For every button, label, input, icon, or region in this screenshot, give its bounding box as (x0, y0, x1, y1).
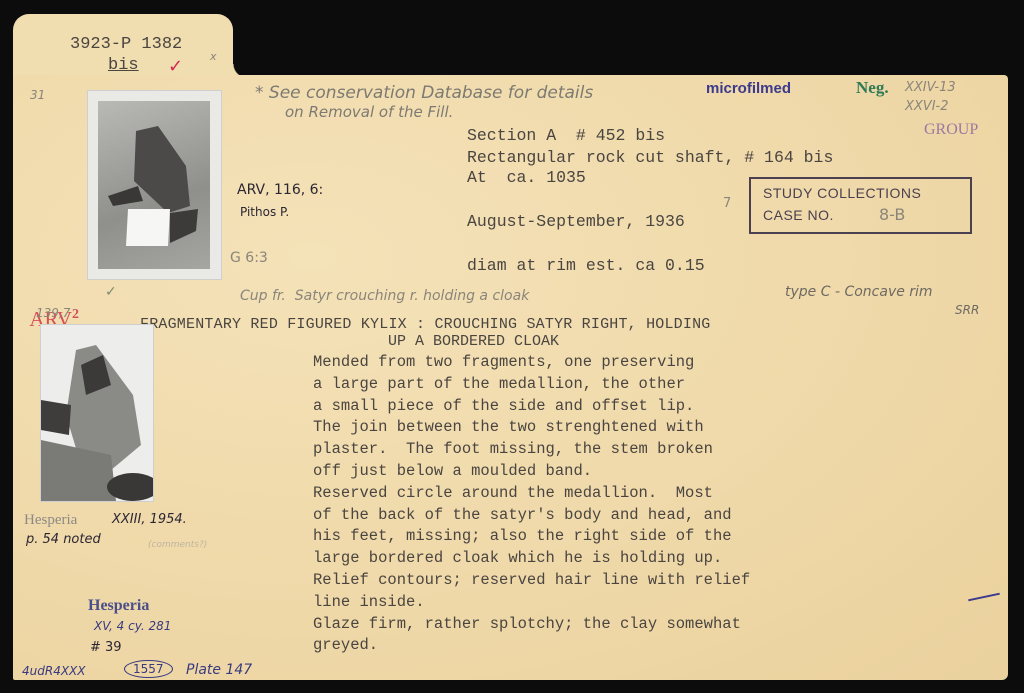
hesperia-volume-1: XXIII, 1954. (112, 512, 187, 527)
pencil-x-mark: x (210, 50, 217, 63)
conservation-note-line2: on Removal of the Fill. (285, 103, 453, 121)
description-line: The join between the two strenghtened wi… (313, 417, 750, 439)
type-note: type C - Concave rim (785, 284, 933, 300)
study-collections-label: STUDY COLLECTIONS (763, 185, 921, 201)
date-correction: 7 (723, 196, 731, 211)
description-line: his feet, missing; also the right side o… (313, 526, 750, 548)
excavation-date: August-September, 1936 (467, 212, 685, 231)
hesperia-stamp-2: Hesperia (88, 597, 149, 615)
rim-diameter: diam at rim est. ca 0.15 (467, 256, 705, 275)
conservation-note-line1: * See conservation Database for details (255, 83, 593, 103)
case-number-value: 8-B (879, 205, 905, 224)
pencil-number: 31 (30, 88, 45, 102)
arv2-check: ✓ (105, 284, 117, 300)
description-line: a small piece of the side and offset lip… (313, 396, 750, 418)
plate-reference: Plate 147 (186, 662, 252, 678)
description-line: greyed. (313, 635, 750, 657)
description-line: Relief contours; reserved hair line with… (313, 570, 750, 592)
faint-comment: (comments?) (148, 540, 207, 550)
hesperia-stamp-1: Hesperia (24, 512, 77, 529)
description-line: off just below a moulded band. (313, 461, 750, 483)
kylix-fragment-image (98, 101, 210, 269)
cup-note: Cup fr. Satyr crouching r. holding a clo… (240, 288, 529, 304)
hesperia-page-1: p. 54 noted (26, 532, 101, 547)
hesperia-number-2: # 39 (90, 640, 122, 655)
case-number-label: CASE NO. (763, 207, 834, 223)
catalog-number: 3923-P 1382 (70, 35, 182, 54)
find-location: Rectangular rock cut shaft, # 164 bis (467, 148, 833, 167)
description-line: of the back of the satyr's body and head… (313, 505, 750, 527)
description-line: a large part of the medallion, the other (313, 374, 750, 396)
hesperia-volume-2: XV, 4 cy. 281 (94, 619, 171, 633)
photo-fragment-profile (87, 90, 222, 280)
photo-fragment-medallion (40, 324, 154, 502)
section-number: Section A # 452 bis (467, 126, 665, 145)
elevation: At ca. 1035 (467, 168, 586, 187)
arv2-page: 139,7 (36, 306, 70, 320)
painter-name: Pithos P. (240, 205, 289, 219)
description-line: large bordered cloak which he is holding… (313, 548, 750, 570)
initials: SRR (955, 303, 979, 317)
object-title-line1: FRAGMENTARY RED FIGURED KYLIX : CROUCHIN… (140, 316, 711, 333)
arv-reference: ARV, 116, 6: (237, 182, 323, 198)
g-reference: G 6:3 (230, 250, 268, 266)
arv2-superscript: 2 (72, 307, 79, 322)
description-line: Reserved circle around the medallion. Mo… (313, 483, 750, 505)
object-title-line2: UP A BORDERED CLOAK (388, 333, 559, 350)
group-stamp: GROUP (924, 121, 978, 139)
neg-value-2: XXVI-2 (905, 99, 949, 114)
bottom-circled-number: 1557 (124, 660, 173, 678)
description-text: Mended from two fragments, one preservin… (313, 352, 750, 657)
catalog-suffix: bis (108, 56, 139, 75)
study-collections-stamp: STUDY COLLECTIONS CASE NO. 8-B (749, 177, 972, 234)
medallion-fragment-image (41, 325, 153, 501)
bottom-reference: 4udR4XXX (22, 664, 86, 678)
description-line: plaster. The foot missing, the stem brok… (313, 439, 750, 461)
description-line: line inside. (313, 592, 750, 614)
description-line: Glaze firm, rather splotchy; the clay so… (313, 614, 750, 636)
red-check-mark: ✓ (168, 56, 183, 77)
neg-value-1: XXIV-13 (905, 80, 956, 95)
description-line: Mended from two fragments, one preservin… (313, 352, 750, 374)
microfilmed-stamp: microfilmed (706, 80, 791, 97)
neg-label: Neg. (856, 78, 889, 98)
